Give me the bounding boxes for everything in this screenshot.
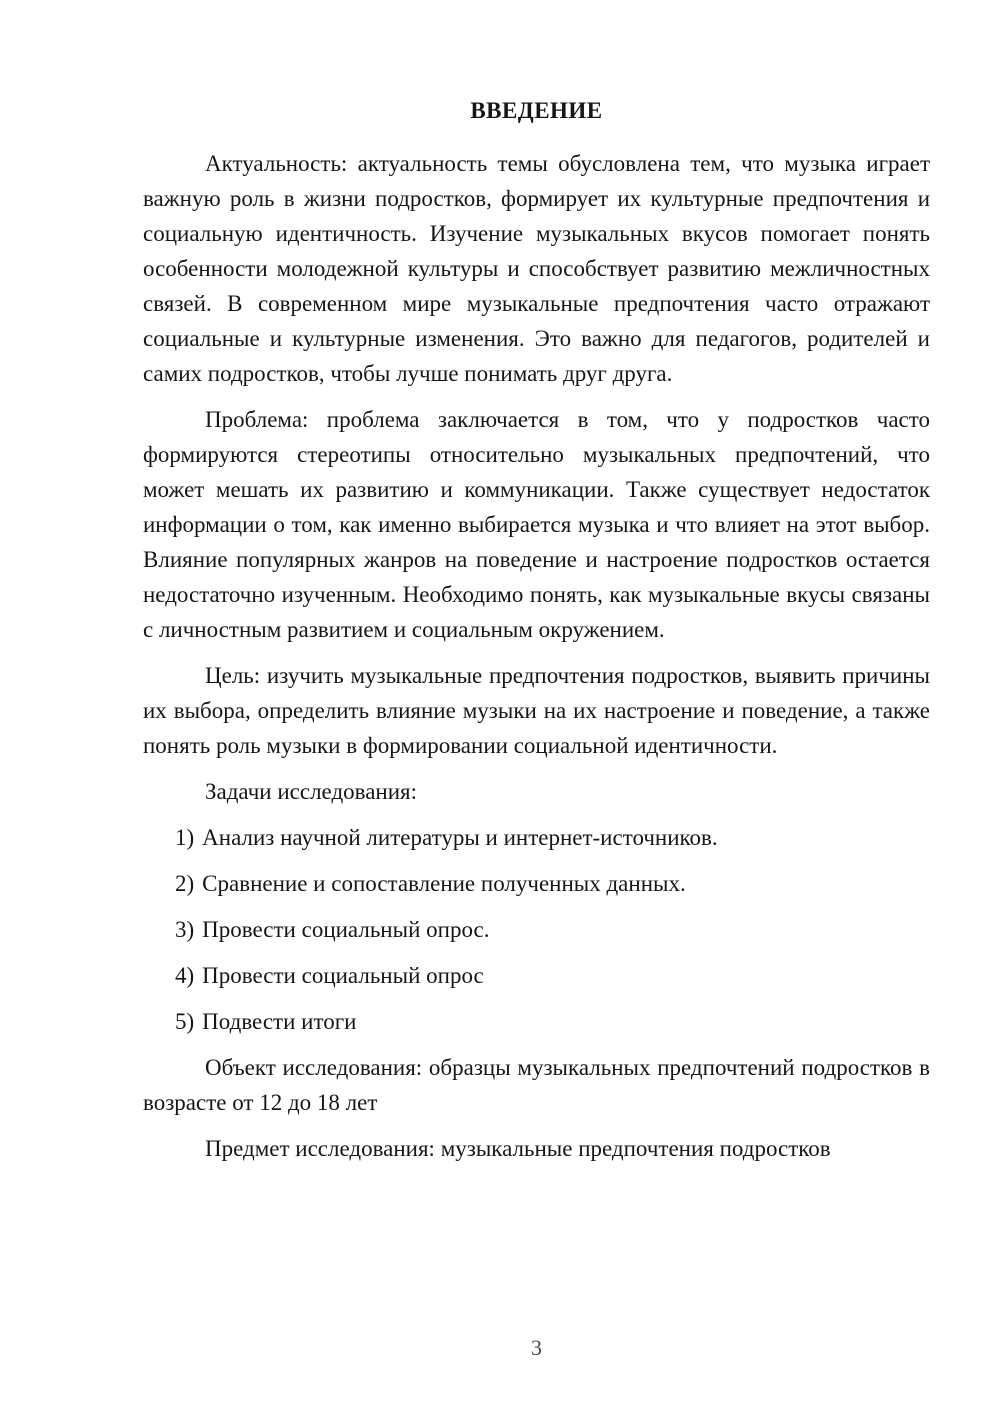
- paragraph-problem: Проблема: проблема заключается в том, чт…: [143, 402, 930, 647]
- page-number: 3: [143, 1334, 930, 1362]
- task-list-item: 4)Провести социальный опрос: [143, 958, 930, 993]
- task-list-item: 5)Подвести итоги: [143, 1004, 930, 1039]
- task-list-item: 1)Анализ научной литературы и интернет-и…: [143, 820, 930, 855]
- page-title: ВВЕДЕНИЕ: [143, 93, 930, 128]
- task-text: Подвести итоги: [202, 1009, 356, 1034]
- task-number: 2): [175, 871, 194, 896]
- paragraph-research-object: Объект исследования: образцы музыкальных…: [143, 1050, 930, 1120]
- task-text: Провести социальный опрос: [202, 963, 484, 988]
- task-text: Провести социальный опрос.: [202, 917, 489, 942]
- paragraph-relevance: Актуальность: актуальность темы обусловл…: [143, 146, 930, 391]
- task-number: 3): [175, 917, 194, 942]
- paragraph-goal: Цель: изучить музыкальные предпочтения п…: [143, 658, 930, 763]
- task-number: 1): [175, 825, 194, 850]
- task-text: Анализ научной литературы и интернет-ист…: [202, 825, 717, 850]
- task-number: 5): [175, 1009, 194, 1034]
- tasks-heading: Задачи исследования:: [143, 774, 930, 809]
- document-page: ВВЕДЕНИЕ Актуальность: актуальность темы…: [0, 0, 1000, 1414]
- paragraph-research-subject: Предмет исследования: музыкальные предпо…: [143, 1131, 930, 1166]
- task-number: 4): [175, 963, 194, 988]
- task-list-item: 3)Провести социальный опрос.: [143, 912, 930, 947]
- task-text: Сравнение и сопоставление полученных дан…: [202, 871, 686, 896]
- task-list-item: 2)Сравнение и сопоставление полученных д…: [143, 866, 930, 901]
